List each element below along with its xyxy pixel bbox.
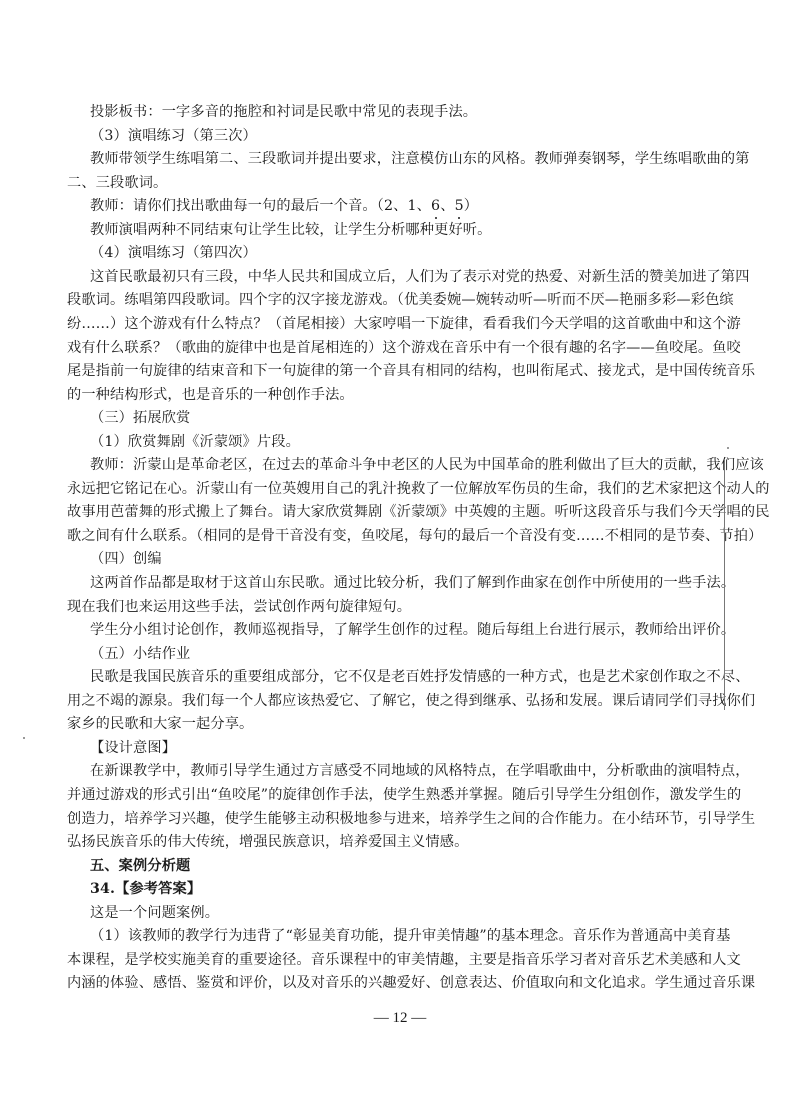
text-line: 弘扬民族音乐的伟大传统，增强民族意识，培养爱国主义情感。: [67, 832, 687, 852]
text-line: （五）小结作业: [90, 644, 710, 664]
text-line: 学生分小组讨论创作，教师巡视指导，了解学生创作的过程。随后每组上台进行展示，教师…: [90, 620, 710, 640]
text-line: 的一种结构形式，也是音乐的一种创作手法。: [67, 385, 687, 405]
text-line: 本课程，是学校实施美育的重要途径。音乐课程中的审美情趣，主要是指音乐学习者对音乐…: [67, 950, 687, 970]
text-line: 用之不竭的源泉。我们每一个人都应该热爱它、了解它，使之得到继承、弘扬和发展。课后…: [67, 691, 687, 711]
text-line: （四）创编: [90, 549, 710, 569]
text-line: （1）该教师的教学行为违背了“彰显美育功能，提升审美情趣”的基本理念。音乐作为普…: [90, 926, 710, 946]
text-line: 故事用芭蕾舞的形式搬上了舞台。请大家欣赏舞剧《沂蒙颂》中英嫂的主题。听听这段音乐…: [67, 502, 687, 522]
text-line: 现在我们也来运用这些手法，尝试创作两句旋律短句。: [67, 597, 687, 617]
text-line: 尾是指前一句旋律的结束音和下一句旋律的第一个音具有相同的结构，也叫衔尾式、接龙式…: [67, 361, 687, 381]
low-octave-note: 5: [455, 196, 464, 216]
text-line: 这是一个问题案例。: [90, 903, 710, 923]
text-line: 家乡的民歌和大家一起分享。: [67, 714, 687, 734]
text-line: （3）演唱练习（第三次）: [90, 126, 710, 146]
text-line: 内涵的体验、感悟、鉴赏和评价，以及对音乐的兴趣爱好、创意表达、价值取向和文化追求…: [67, 973, 687, 993]
text-line: （4）演唱练习（第四次）: [90, 243, 710, 263]
text-line: 教师带领学生练唱第二、三段歌词并提出要求，注意模仿山东的风格。教师弹奏钢琴，学生…: [90, 149, 710, 169]
text-line: 纷……）这个游戏有什么特点？（首尾相接）大家哼唱一下旋律，看看我们今天学唱的这首…: [67, 314, 687, 334]
text-line: 二、三段歌词。: [67, 173, 687, 193]
text-line: 34.【参考答案】: [90, 879, 710, 899]
text-line: 教师：请你们找出歌曲每一句的最后一个音。（2、1、6、5）: [90, 196, 710, 216]
text-line: 民歌是我国民族音乐的重要组成部分，它不仅是老百姓抒发情感的一种方式，也是艺术家创…: [90, 667, 710, 687]
scan-speck: [23, 737, 25, 739]
text-line: 教师：沂蒙山是革命老区，在过去的革命斗争中老区的人民为中国革命的胜利做出了巨大的…: [90, 455, 710, 475]
text-line: 歌之间有什么联系。（相同的是骨干音没有变，鱼咬尾，每句的最后一个音没有变……不相…: [67, 526, 687, 546]
text-line: 这两首作品都是取材于这首山东民歌。通过比较分析，我们了解到作曲家在创作中所使用的…: [90, 573, 710, 593]
text-line: 在新课教学中，教师引导学生通过方言感受不同地域的风格特点，在学唱歌曲中，分析歌曲…: [90, 761, 710, 781]
text-line: （1）欣赏舞剧《沂蒙颂》片段。: [90, 432, 710, 452]
text-line: 戏有什么联系？（歌曲的旋律中也是首尾相连的）这个游戏在音乐中有一个很有趣的名字—…: [67, 338, 687, 358]
text-line: 投影板书：一字多音的拖腔和衬词是民歌中常见的表现手法。: [90, 102, 710, 122]
scan-margin-rule: [724, 460, 725, 710]
text-line: 【设计意图】: [90, 738, 710, 758]
page-number: — 12 —: [0, 1010, 800, 1027]
text-line: （三）拓展欣赏: [90, 408, 710, 428]
scan-speck: [727, 447, 729, 449]
text-line: 教师演唱两种不同结束句让学生比较，让学生分析哪种更好听。: [90, 220, 710, 240]
text-line: 永远把它铭记在心。沂蒙山有一位英嫂用自己的乳汁挽救了一位解放军伤员的生命，我们的…: [67, 479, 687, 499]
low-octave-note: 6: [431, 196, 440, 216]
document-page: 投影板书：一字多音的拖腔和衬词是民歌中常见的表现手法。（3）演唱练习（第三次）教…: [0, 0, 800, 1108]
text-line: 这首民歌最初只有三段，中华人民共和国成立后，人们为了表示对党的热爱、对新生活的赞…: [90, 267, 710, 287]
text-line: 并通过游戏的形式引出“鱼咬尾”的旋律创作手法，使学生熟悉并掌握。随后引导学生分组…: [67, 785, 687, 805]
text-line: 创造力，培养学习兴趣，使学生能够主动积极地参与进来，培养学生之间的合作能力。在小…: [67, 809, 687, 829]
text-line: 段歌词。练唱第四段歌词。四个字的汉字接龙游戏。（优美委婉—婉转动听—听而不厌—艳…: [67, 290, 687, 310]
text-line: 五、案例分析题: [90, 856, 710, 876]
